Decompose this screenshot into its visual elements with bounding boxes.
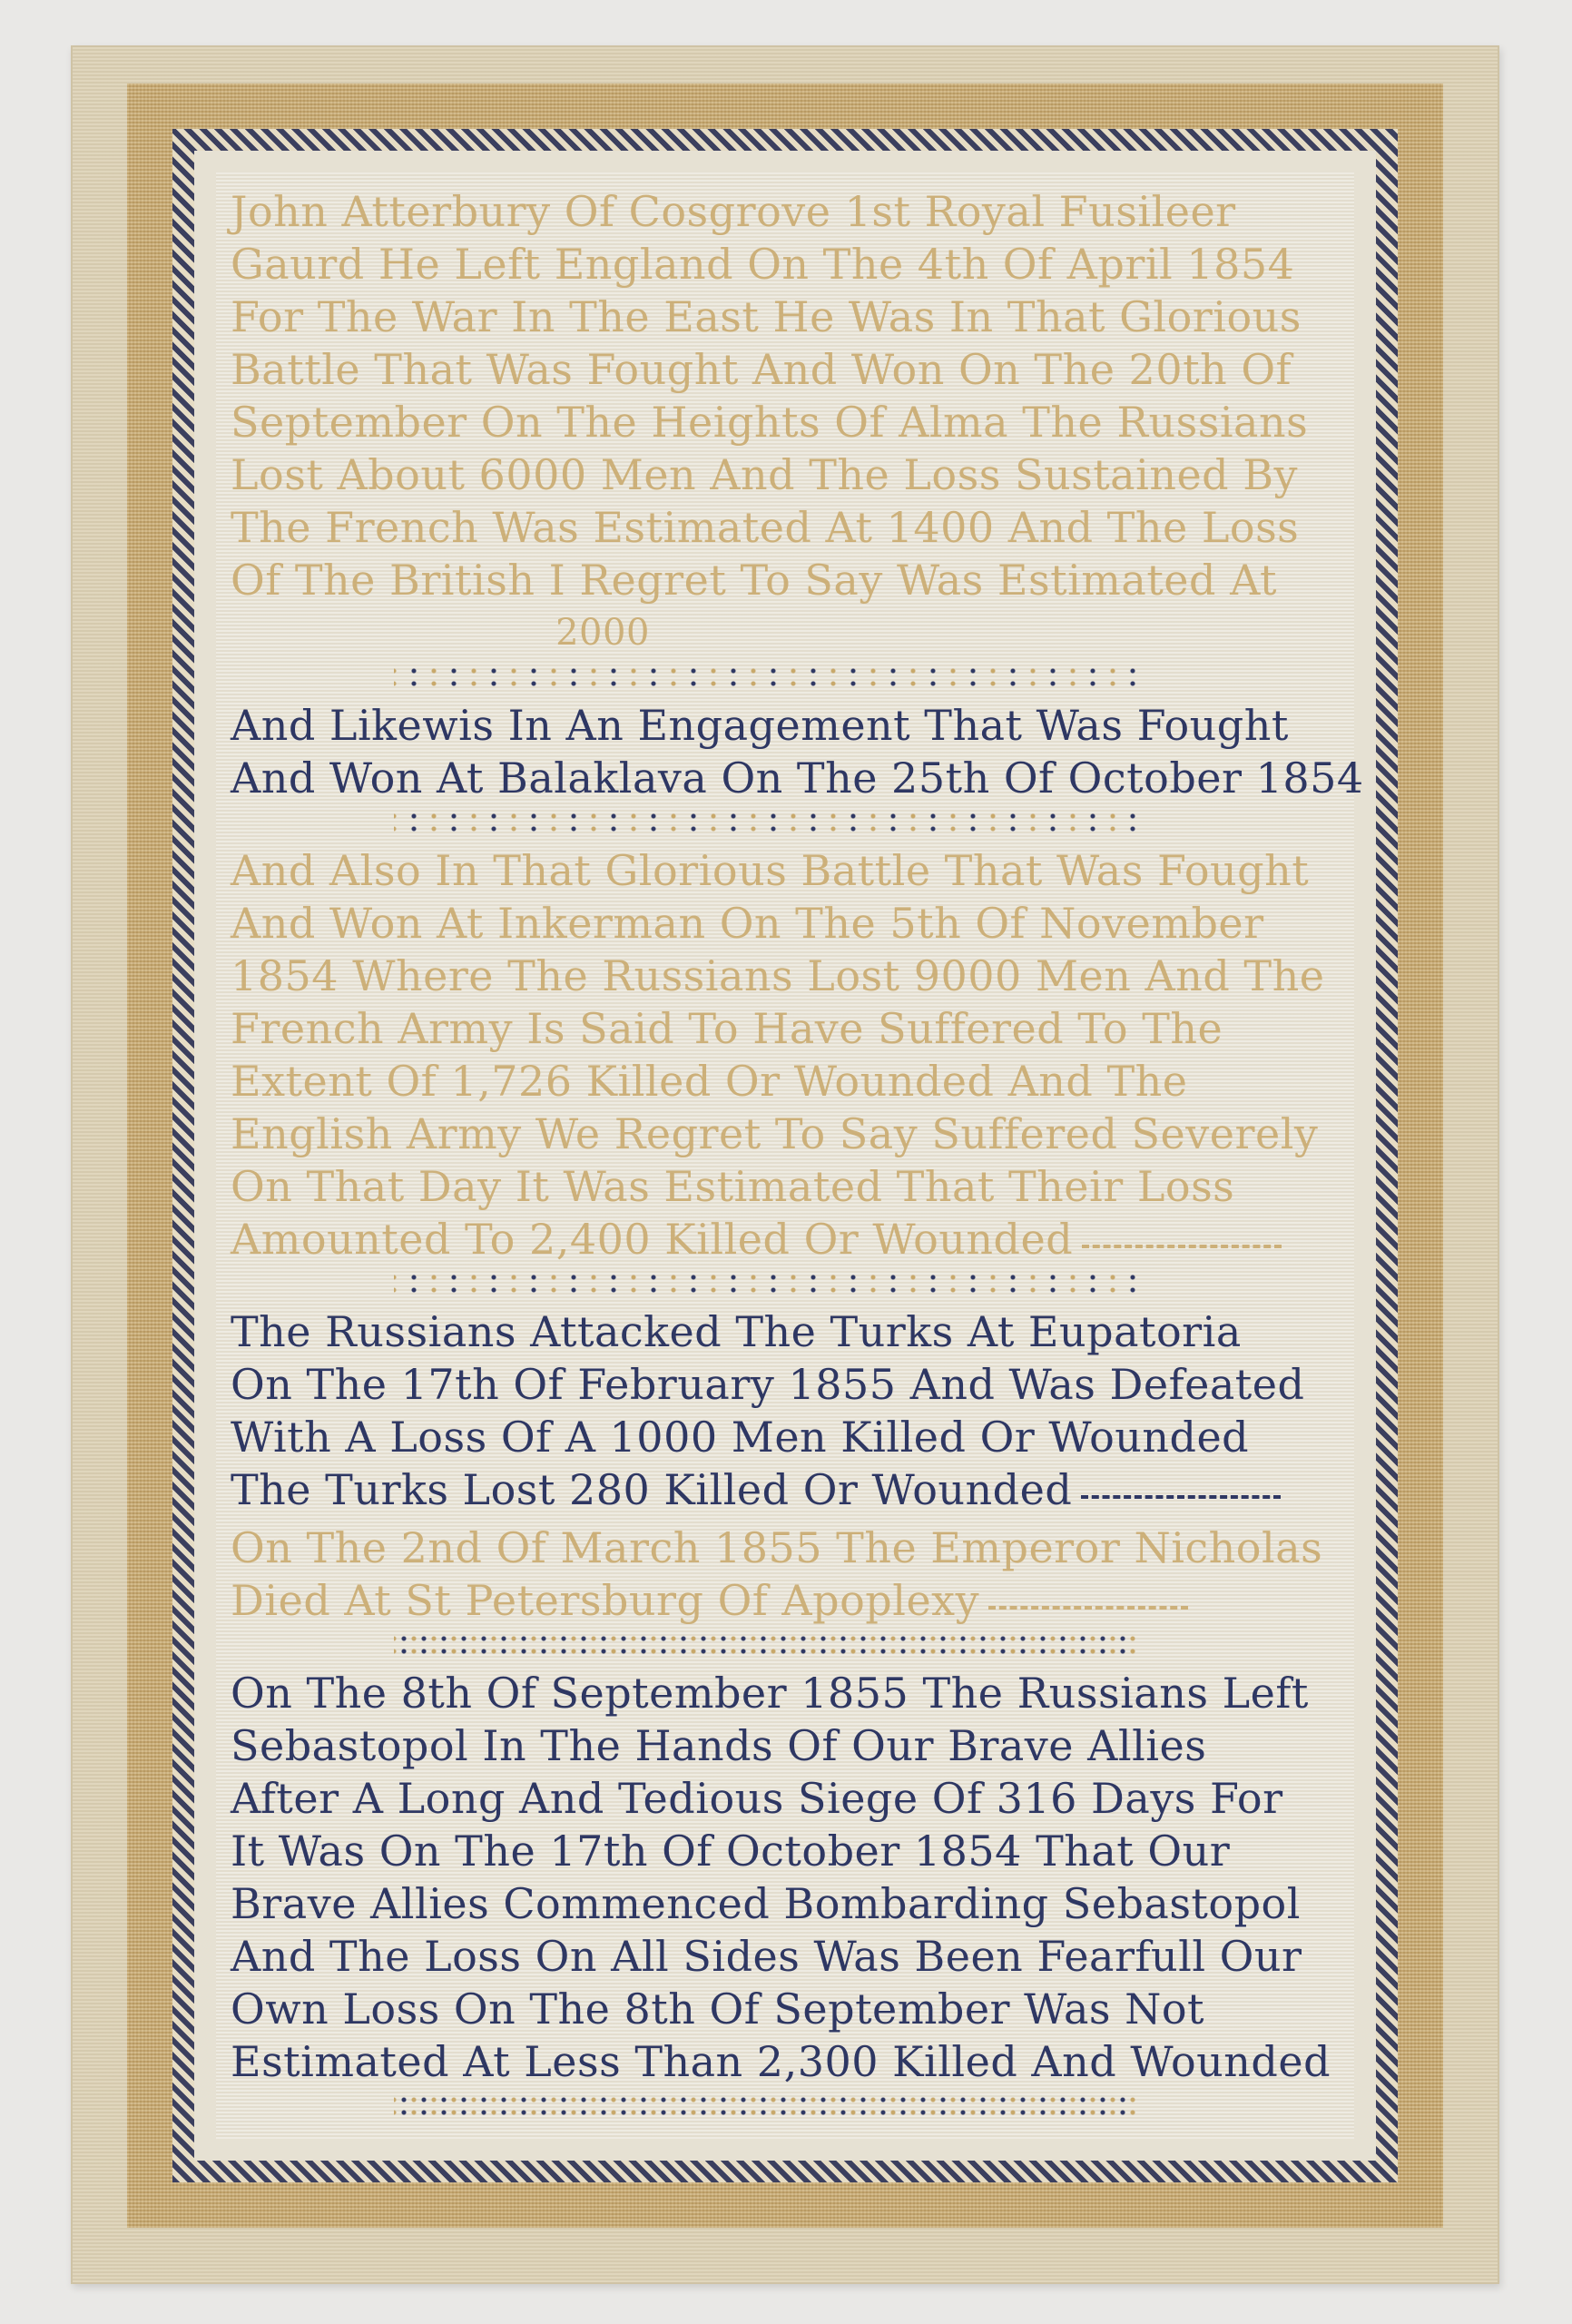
verse-trailing-number: 2000 bbox=[231, 606, 975, 659]
wavy-flourish bbox=[1082, 1237, 1282, 1248]
verse-line: For The War In The East He Was In That G… bbox=[231, 290, 1340, 343]
verse-line: With A Loss Of A 1000 Men Killed Or Woun… bbox=[231, 1411, 1340, 1463]
dotted-divider bbox=[394, 810, 1138, 835]
verse-line: John Atterbury Of Cosgrove 1st Royal Fus… bbox=[231, 185, 1340, 238]
verse-line-text: Died At St Petersburg Of Apoplexy bbox=[231, 1576, 979, 1625]
text-field: John Atterbury Of Cosgrove 1st Royal Fus… bbox=[216, 172, 1354, 2139]
verse-line: French Army Is Said To Have Suffered To … bbox=[231, 1002, 1340, 1055]
sampler-cloth: John Atterbury Of Cosgrove 1st Royal Fus… bbox=[71, 45, 1499, 2284]
verse-line: 1854 Where The Russians Lost 9000 Men An… bbox=[231, 950, 1340, 1002]
verse-line: On The 17th Of February 1855 And Was Def… bbox=[231, 1358, 1340, 1411]
verse-line: Sebastopol In The Hands Of Our Brave All… bbox=[231, 1719, 1340, 1772]
dotted-divider bbox=[394, 1271, 1138, 1296]
gold-outer-band: John Atterbury Of Cosgrove 1st Royal Fus… bbox=[127, 84, 1443, 2228]
verse-line-text: Amounted To 2,400 Killed Or Wounded bbox=[231, 1215, 1073, 1264]
wavy-flourish bbox=[988, 1599, 1188, 1610]
verse-sebastopol: On The 8th Of September 1855 The Russian… bbox=[231, 1667, 1340, 2088]
verse-line: The French Was Estimated At 1400 And The… bbox=[231, 501, 1340, 554]
verse-line: On The 8th Of September 1855 The Russian… bbox=[231, 1667, 1340, 1719]
verse-line: Amounted To 2,400 Killed Or Wounded bbox=[231, 1213, 1340, 1265]
verse-eupatoria: The Russians Attacked The Turks At Eupat… bbox=[231, 1305, 1340, 1516]
verse-line: The Russians Attacked The Turks At Eupat… bbox=[231, 1305, 1340, 1358]
verse-line: English Army We Regret To Say Suffered S… bbox=[231, 1108, 1340, 1160]
verse-alma: John Atterbury Of Cosgrove 1st Royal Fus… bbox=[231, 185, 1340, 659]
verse-line: And Won At Balaklava On The 25th Of Octo… bbox=[231, 752, 1340, 804]
dotted-divider bbox=[394, 1632, 1138, 1658]
wavy-flourish bbox=[1081, 1488, 1281, 1499]
verse-line: Died At St Petersburg Of Apoplexy bbox=[231, 1574, 1340, 1627]
verse-line: Battle That Was Fought And Won On The 20… bbox=[231, 343, 1340, 396]
verse-line: September On The Heights Of Alma The Rus… bbox=[231, 396, 1340, 448]
verse-line: On That Day It Was Estimated That Their … bbox=[231, 1160, 1340, 1213]
verse-line-text: The Turks Lost 280 Killed Or Wounded bbox=[231, 1465, 1072, 1514]
verse-line: And Likewis In An Engagement That Was Fo… bbox=[231, 699, 1340, 752]
verse-line: Estimated At Less Than 2,300 Killed And … bbox=[231, 2035, 1340, 2088]
greek-key-border: John Atterbury Of Cosgrove 1st Royal Fus… bbox=[172, 129, 1398, 2182]
verse-nicholas: On The 2nd Of March 1855 The Emperor Nic… bbox=[231, 1521, 1340, 1627]
verse-line: And The Loss On All Sides Was Been Fearf… bbox=[231, 1930, 1340, 1983]
verse-balaklava: And Likewis In An Engagement That Was Fo… bbox=[231, 699, 1340, 804]
verse-line: Gaurd He Left England On The 4th Of Apri… bbox=[231, 238, 1340, 290]
dotted-divider bbox=[394, 2093, 1138, 2119]
verse-line: And Won At Inkerman On The 5th Of Novemb… bbox=[231, 897, 1340, 950]
verse-inkerman: And Also In That Glorious Battle That Wa… bbox=[231, 844, 1340, 1265]
verse-line: The Turks Lost 280 Killed Or Wounded bbox=[231, 1463, 1340, 1516]
verse-line: Lost About 6000 Men And The Loss Sustain… bbox=[231, 448, 1340, 501]
verse-line: Own Loss On The 8th Of September Was Not bbox=[231, 1983, 1340, 2035]
verse-line: After A Long And Tedious Siege Of 316 Da… bbox=[231, 1772, 1340, 1825]
verse-line: Of The British I Regret To Say Was Estim… bbox=[231, 554, 1340, 606]
verse-line: On The 2nd Of March 1855 The Emperor Nic… bbox=[231, 1521, 1340, 1574]
verse-line: Brave Allies Commenced Bombarding Sebast… bbox=[231, 1877, 1340, 1930]
verse-line: It Was On The 17th Of October 1854 That … bbox=[231, 1825, 1340, 1877]
verse-line: Extent Of 1,726 Killed Or Wounded And Th… bbox=[231, 1055, 1340, 1108]
verse-line: And Also In That Glorious Battle That Wa… bbox=[231, 844, 1340, 897]
dotted-divider bbox=[394, 665, 1138, 690]
